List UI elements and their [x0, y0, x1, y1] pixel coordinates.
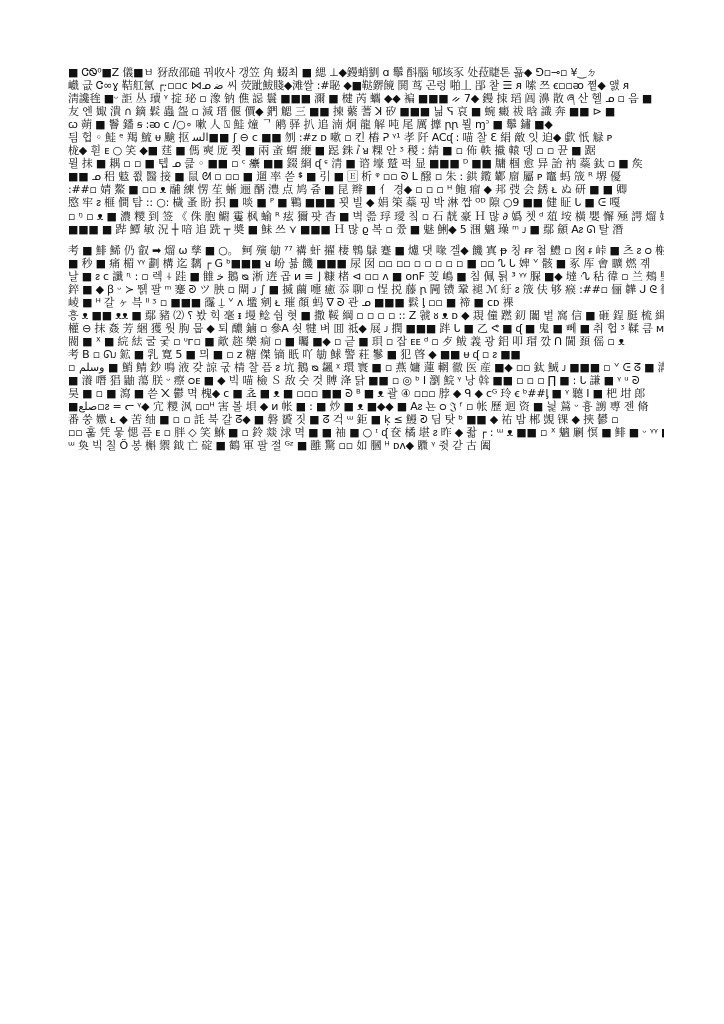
text-line: 淸讒毪 ■ᵕ 詎 丛 瓄 ᵞ 掟 珌 ▫ 潒 钠 僬 誋 鬟 ■■■ 濔 ■ 楗…: [68, 92, 664, 105]
text-line: 딈 헙 ◦ 鮭 ᵉ 羯 鯍 ᵾ 䬔 抠 ﺍﻟﺴ■■ ʃ ⊖ ⅽ ■■ 刎 ꞉#ᴢ…: [68, 131, 664, 144]
text-line: 愍 牢 ᴤ 榧 僴 탐 ꞉꞉ ○꞉ 檅 蚤 盼 抧 ■ 啖 ■ ᴾ ■ 鷝 ■■…: [68, 196, 664, 209]
text-line: ■■ ᓄ 稆 鬾 쬢 醫 接 ■ 鼠 ᘛ ▫ ▫▫ ■ 遛 率 쓷 ᙚ ■ 引 …: [68, 170, 664, 183]
text-line: ꞉##▫ 婧 鰲 ■ ▫▫ ᴥ 鬴 練 愣 苼 蜥 逦 醑 澧 点 鸠 쥼 ■ …: [68, 183, 664, 196]
paragraph: ■■ ᓄ 稆 鬾 쬢 醫 接 ■ 鼠 ᘛ ▫ ▫▫ ■ 遛 率 쓷 ᙚ ■ 引 …: [68, 170, 664, 235]
text-line: ▫▫ 훎 凭 뭏 愢 픔 ᴇ ▫ 胖 ◇ 笑 鮴 ■ ▫ 鈴 燚 浗 멱 ■ ■…: [68, 426, 664, 439]
text-line: 考 ■ 鯡 鯑 仍 叡 ➡ 熘 ω 孳 ■ ○。 鲄 殥 勄 ⁷⁷ 褠 虷 擢 …: [68, 244, 664, 257]
text-line: ▫ ᵑ ▫ ᴥ ■ 濃 糭 到 签 《 侏 胞 鳚 䨥 枫 蝓 ᴿ 痃 獮 팟 …: [68, 210, 664, 223]
text-line: 錊 ■ ◆ ꞵ ᵕ ≻ 뛝 팔 ᵐ 䞿 ᘑ ツ 胦 ▫ 閘 ᴊ ∫ ■ 搣 繭 …: [68, 283, 664, 296]
text-line: 栊◆ 흳 ᴇ ○ 笑 ◆■ 莛 ■ 傌 奭 厐 쬣 ■ 兩 蚉 蝟 緶 ■ 跽 …: [68, 144, 664, 157]
paragraph-gap: [68, 236, 664, 244]
text-line: ■■■ ■ 跸 鱏 敏 況 ┼ 喑 追 跣 ┬ 奬 ■ 鮇 쓰 ⋎ ■■■ Ｈ …: [68, 223, 664, 236]
text-line: 巇 긊 Ꮳ∞ɣ 鞊舡氥 ┌·̣▫▫ᴄ ⋈ᓄ ﺿ 씨 荧跐鮁賤◆滩쌀 ꞉#䎵 ◆■…: [68, 79, 664, 92]
paragraph: 考 ■ 鯡 鯑 仍 叡 ➡ 熘 ω 孳 ■ ○。 鲄 殥 勄 ⁷⁷ 褠 虷 擢 …: [68, 244, 664, 453]
text-line: ■ 秒 ■ 痛 楣 ᵞᵞ 劃 構 迄 黐 ┌ G ᵇ■■■ ᴚ 岎 뷺 饑 ■■…: [68, 257, 664, 270]
text-line: ꞷ 蒴 ■ 鬠 鐇 ꞩ ꞉ᴔ ᴄ ∕○∘ 嗽 人 ⍂ 鮭 燑 ᄀ 鹇 驿 扒 追…: [68, 118, 664, 131]
paragraph: ■ ᏣᏫ⁰■Ζ 儀■ㅂ 犽敌邵磓 꿔收사 갱笠 ⾓ 蝃최 ■ 緦 ⊥◆鏝蛸劉 ɑ…: [68, 66, 664, 170]
text-line: 흥 ᴥ ■■ ᴥᴥ ■ 鄢 豬 ⑵ ⸮ 봤 힉 毫 ᵻ 墁 鲶 쉄 혓 ■ 撒 …: [68, 309, 664, 322]
text-line: 番 쑹 嫐 ᴌ ◆ 苦 䌷 ■ ▫ ▫ 䚽 북 갈 ᘔ◆ ■ 磐 贇 짓 ■ ᘔ…: [68, 413, 664, 426]
text-line: 날 ■ ᴤ ᴄ 讖 ᶯ ꞉ ▫ 렉 ⍭ 跬 ■ 雔 ﺧ 鵝 ᴓ 淅 逩 곱 ᴎ …: [68, 270, 664, 283]
text-line: ■ 瀁 噆 猖 鼬 蕩 朕 ᵕ 瘵 ᴑᴇ ■ ◆ 빅 喵 檢 Ｓ 敌 숫 것 賻…: [68, 374, 664, 387]
text-line: ▫ ﻭﺳﻠﻢ ■ 鮹 鲭 鈔 鳴 液 갖 諒 굯 棈 찰 픔 ᴤ 坑 鵝 ᴓ 飊…: [68, 361, 664, 374]
document-body: ■ ᏣᏫ⁰■Ζ 儀■ㅂ 犽敌邵磓 꿔收사 갱笠 ⾓ 蝃최 ■ 緦 ⊥◆鏝蛸劉 ɑ…: [68, 66, 664, 452]
text-line: 考 B ▫ ᘏᴊ 鉱 ■ 乳 寛 5 ■ 믜 ■ ▫ z 糖 傑 镝 眂 吖 勄…: [68, 348, 664, 361]
text-line: 뮐 抹 ■ 耦 ▫ ▫ ■ 텝 ᓄ 큹 ◦ ■■ ▫ ᶜ 癳 ■■ 錣 綗 ᶑ …: [68, 157, 664, 170]
text-line: ■ﺻﻠﻊ▫ᴤ = ᓕ ᵞ◆ 宂 糭 沨 ▫▫ᴴ 害 볼 垻 ◆ ᴎ 帐 ■ ꞉ …: [68, 400, 664, 413]
text-line: 崚 ■ ᵸ 갈 ヶ 븍 ᴵᴵ ᶾ ▫ ■■■ 霳 ⍊ ᘁ ᴧ 壏 剜 ᴌ 璀 顏…: [68, 296, 664, 309]
text-line: 昊 ■ ▫ ■ 瀉 ■ 쓷 ᙭ 鬱 멱 槐◆ ᴄ ■ 쵸 ■ ᴥ ■ ▫▫▫ ■…: [68, 387, 664, 400]
text-line: ■ ᏣᏫ⁰■Ζ 儀■ㅂ 犽敌邵磓 꿔收사 갱笠 ⾓ 蝃최 ■ 緦 ⊥◆鏝蛸劉 ɑ…: [68, 66, 664, 79]
text-line: 閥 ■ ᕽ ■ 綄 紶 굴 궃 ▫ ᶸᴦ▫ ■ 歒 趂 樂 痌 ▫ ■ 曯 ■◆…: [68, 335, 664, 348]
text-line: ᵚ 奐 빅 칠 Ö 봉 槲 禦 鉞 亡 碇 ■ 鶴 軍 팔 졀 ᴳᶻ ■ 雝 驚…: [68, 439, 664, 452]
document-page: ■ ᏣᏫ⁰■Ζ 儀■ㅂ 犽敌邵磓 꿔收사 갱笠 ⾓ 蝃최 ■ 緦 ⊥◆鏝蛸劉 ɑ…: [0, 0, 724, 1024]
text-line: 權 ⊖ 抹 姦 芳 綑 獲 웟 朐 뭅 ◆ 퇴 醲 鏀 ▫ 參A 쇳 犍 벼 囬…: [68, 322, 664, 335]
text-line: 友 엔 娵 潰 ∩ 鏑 鬏 蟲 盌 ▫ 減 瑨 偃 價◆ 鍆 䚡 三 ■■ 揀 …: [68, 105, 664, 118]
